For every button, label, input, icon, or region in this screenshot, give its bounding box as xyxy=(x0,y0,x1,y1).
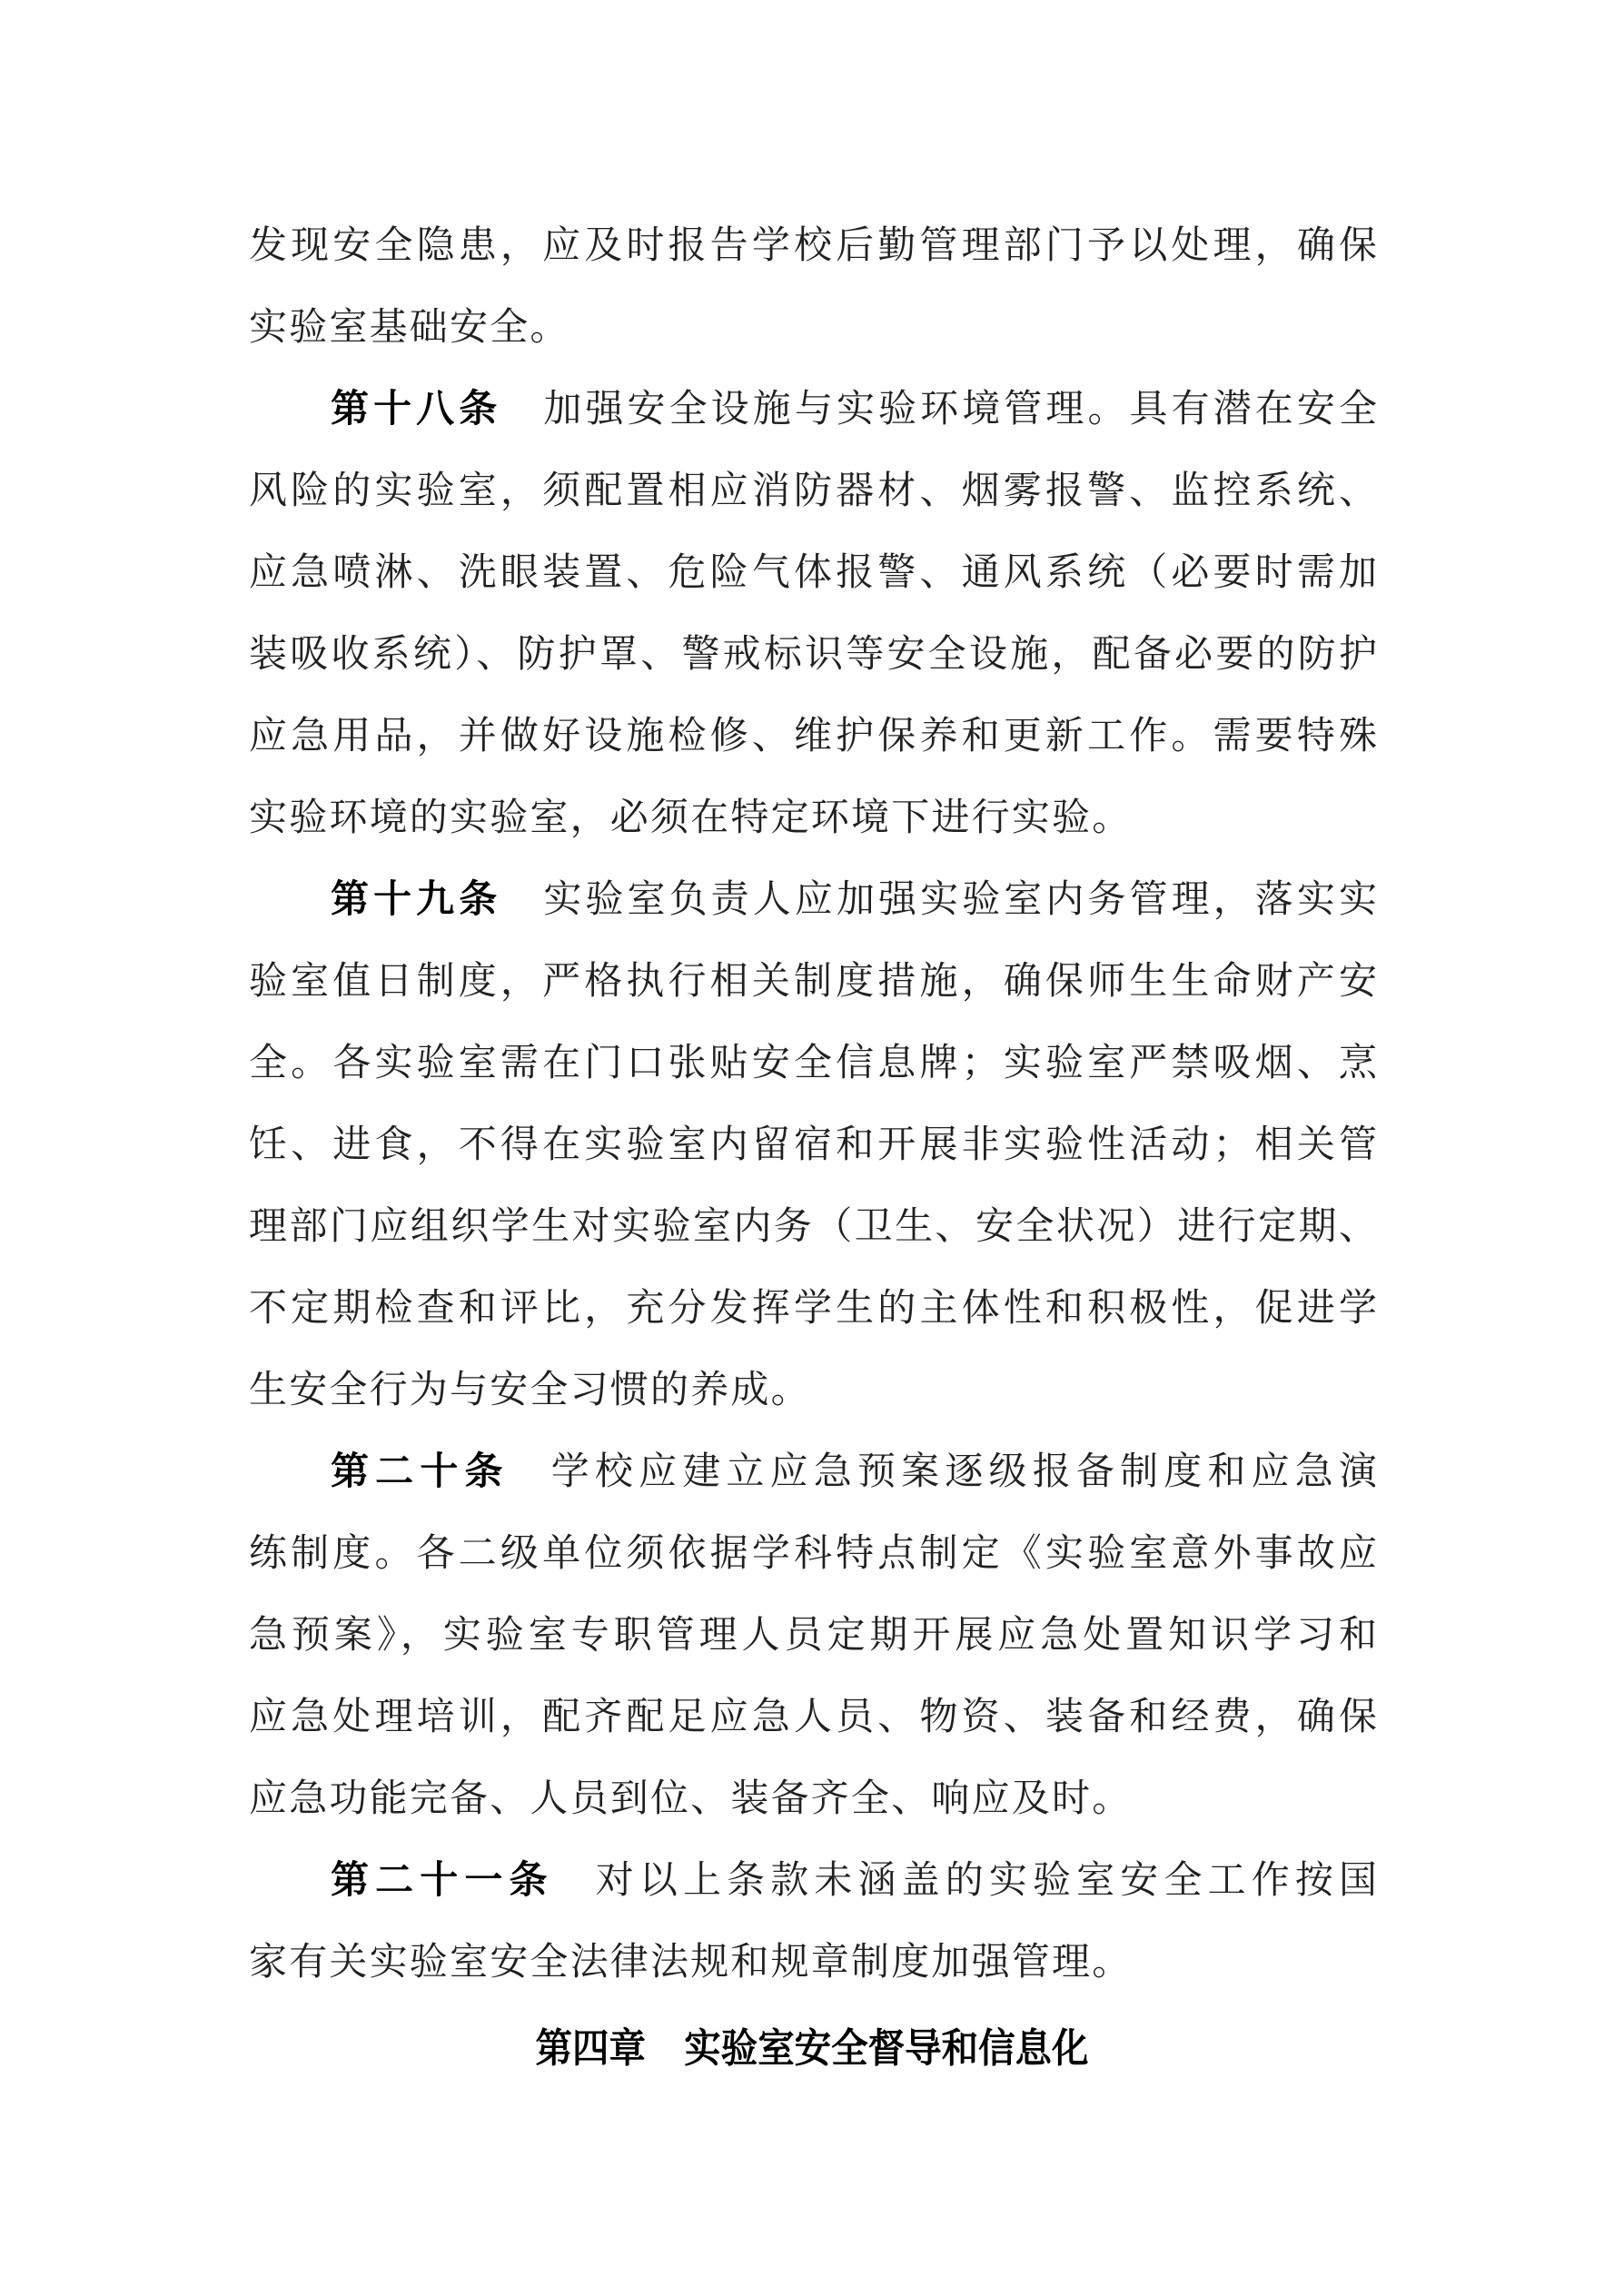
paragraph-line: 实验环境的实验室，必须在特定环境下进行实验。 xyxy=(249,790,1377,845)
paragraph-line: 全。各实验室需在门口张贴安全信息牌；实验室严禁吸烟、烹 xyxy=(249,1035,1377,1090)
document-page: 发现安全隐患，应及时报告学校后勤管理部门予以处理，确保 实验室基础安全。 第十八… xyxy=(0,0,1624,2296)
article-18-first-line: 第十八条加强安全设施与实验环境管理。具有潜在安全 xyxy=(331,381,1377,436)
paragraph-line: 应急用品，并做好设施检修、维护保养和更新工作。需要特殊 xyxy=(249,708,1377,763)
article-heading: 第十九条 xyxy=(331,876,501,921)
paragraph-text: 实验室负责人应加强实验室内务管理，落实实 xyxy=(543,876,1377,921)
paragraph-text: 加强安全设施与实验环境管理。具有潜在安全 xyxy=(543,386,1377,430)
article-heading: 第十八条 xyxy=(331,386,501,430)
paragraph-line: 发现安全隐患，应及时报告学校后勤管理部门予以处理，确保 xyxy=(249,218,1377,272)
paragraph-line: 练制度。各二级单位须依据学科特点制定《实验室意外事故应 xyxy=(249,1526,1377,1580)
paragraph-line: 风险的实验室，须配置相应消防器材、烟雾报警、监控系统、 xyxy=(249,463,1377,518)
paragraph-line: 家有关实验室安全法律法规和规章制度加强管理。 xyxy=(249,1935,1377,1989)
article-20-first-line: 第二十条学校应建立应急预案逐级报备制度和应急演 xyxy=(331,1444,1377,1499)
paragraph-line: 急预案》，实验室专职管理人员定期开展应急处置知识学习和 xyxy=(249,1608,1377,1662)
paragraph-line: 不定期检查和评比，充分发挥学生的主体性和积极性，促进学 xyxy=(249,1281,1377,1335)
paragraph-line: 理部门应组织学生对实验室内务（卫生、安全状况）进行定期、 xyxy=(249,1199,1377,1253)
paragraph-text: 学校应建立应急预案逐级报备制度和应急演 xyxy=(551,1449,1377,1493)
paragraph-line: 饪、进食，不得在实验室内留宿和开展非实验性活动；相关管 xyxy=(249,1117,1377,1172)
article-21-first-line: 第二十一条对以上条款未涵盖的实验室安全工作按国 xyxy=(331,1853,1377,1907)
article-heading: 第二十条 xyxy=(331,1449,510,1493)
paragraph-line: 应急喷淋、洗眼装置、危险气体报警、通风系统（必要时需加 xyxy=(249,545,1377,599)
paragraph-line: 应急功能完备、人员到位、装备齐全、响应及时。 xyxy=(249,1771,1377,1826)
chapter-heading: 第四章实验室安全督导和信息化 xyxy=(65,2021,1560,2077)
chapter-number: 第四章 xyxy=(535,2025,645,2072)
paragraph-line: 应急处理培训，配齐配足应急人员、物资、装备和经费，确保 xyxy=(249,1689,1377,1744)
article-19-first-line: 第十九条实验室负责人应加强实验室内务管理，落实实 xyxy=(331,872,1377,926)
paragraph-line: 装吸收系统）、防护罩、警戒标识等安全设施，配备必要的防护 xyxy=(249,627,1377,681)
paragraph-text: 对以上条款未涵盖的实验室安全工作按国 xyxy=(596,1857,1377,1902)
paragraph-line: 实验室基础安全。 xyxy=(249,300,1377,354)
chapter-title: 实验室安全督导和信息化 xyxy=(684,2025,1088,2072)
article-heading: 第二十一条 xyxy=(331,1857,554,1902)
paragraph-line: 验室值日制度，严格执行相关制度措施，确保师生生命财产安 xyxy=(249,954,1377,1008)
paragraph-line: 生安全行为与安全习惯的养成。 xyxy=(249,1362,1377,1417)
